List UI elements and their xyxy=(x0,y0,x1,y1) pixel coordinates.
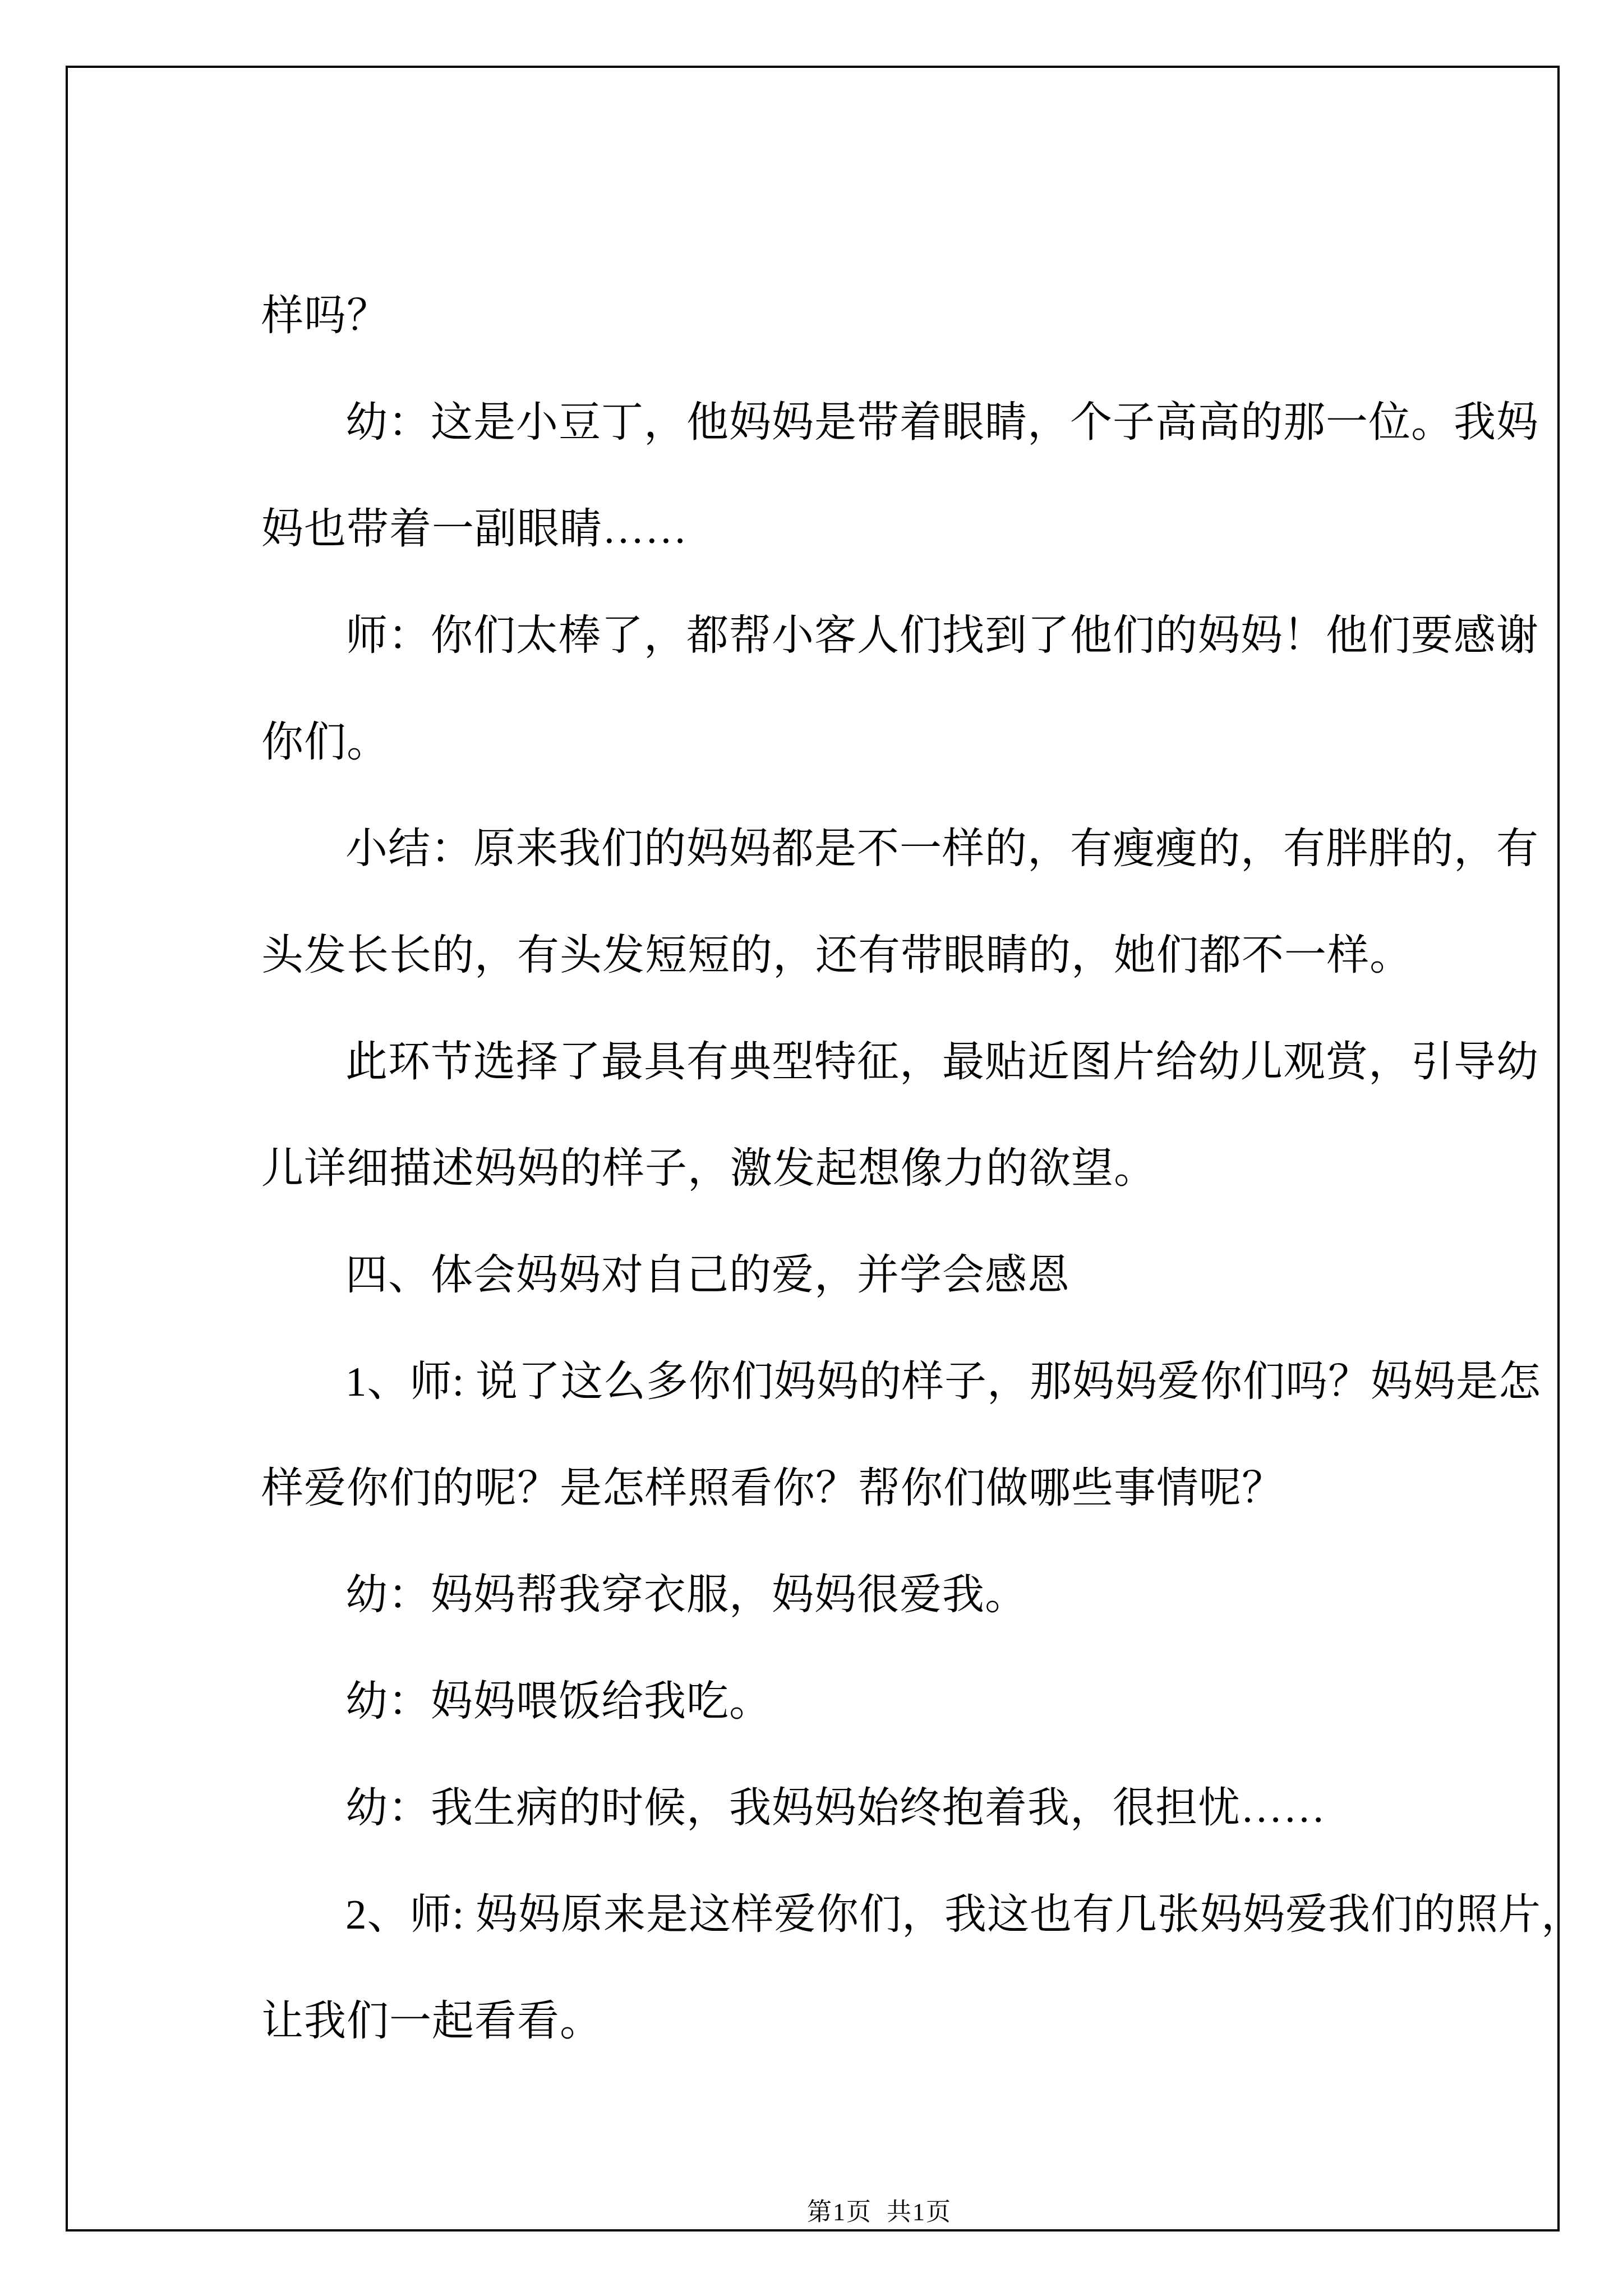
text-line: 幼：妈妈喂饭给我吃。 xyxy=(261,1649,1546,1755)
text-line: 此环节选择了最具有典型特征，最贴近图片给幼儿观赏，引导幼 xyxy=(261,1009,1546,1116)
text-line: 师：你们太棒了，都帮小客人们找到了他们的妈妈！他们要感谢 xyxy=(261,583,1546,689)
text-line: 幼：妈妈帮我穿衣服，妈妈很爱我。 xyxy=(261,1542,1546,1649)
page-footer: 第1页 共1页 xyxy=(68,2197,1623,2228)
text-line: 儿详细描述妈妈的样子，激发起想像力的欲望。 xyxy=(261,1116,1546,1222)
document-page: 样吗？幼：这是小豆丁，他妈妈是带着眼睛，个子高高的那一位。我妈妈也带着一副眼睛…… xyxy=(0,0,1623,2296)
text-line: 1、师: 说了这么多你们妈妈的样子，那妈妈爱你们吗？妈妈是怎 xyxy=(261,1329,1546,1435)
text-line: 幼：这是小豆丁，他妈妈是带着眼睛，个子高高的那一位。我妈 xyxy=(261,370,1546,476)
text-line: 样爱你们的呢？是怎样照看你？帮你们做哪些事情呢？ xyxy=(261,1435,1546,1542)
text-line: 样吗？ xyxy=(261,263,1546,370)
text-line: 妈也带着一副眼睛…… xyxy=(261,476,1546,583)
text-line: 幼：我生病的时候，我妈妈始终抱着我，很担忧…… xyxy=(261,1755,1546,1862)
page-border-frame: 样吗？幼：这是小豆丁，他妈妈是带着眼睛，个子高高的那一位。我妈妈也带着一副眼睛…… xyxy=(66,66,1560,2231)
text-line: 你们。 xyxy=(261,689,1546,796)
text-line: 头发长长的，有头发短短的，还有带眼睛的，她们都不一样。 xyxy=(261,903,1546,1009)
text-line: 2、师: 妈妈原来是这样爱你们，我这也有几张妈妈爱我们的照片， xyxy=(261,1862,1546,1968)
document-text-block: 样吗？幼：这是小豆丁，他妈妈是带着眼睛，个子高高的那一位。我妈妈也带着一副眼睛…… xyxy=(261,263,1546,2075)
text-line: 四、体会妈妈对自己的爱，并学会感恩 xyxy=(261,1222,1546,1329)
text-line: 小结：原来我们的妈妈都是不一样的，有瘦瘦的，有胖胖的，有 xyxy=(261,796,1546,903)
text-line: 让我们一起看看。 xyxy=(261,1968,1546,2075)
